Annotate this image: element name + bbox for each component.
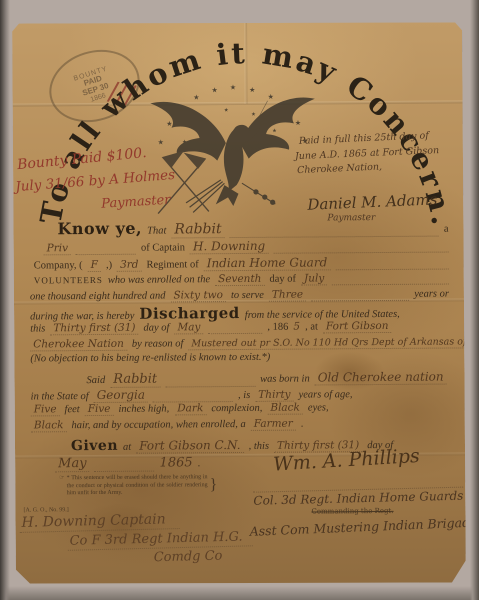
printed-text: ,) bbox=[106, 260, 112, 271]
blank-rule bbox=[208, 331, 262, 334]
age-field: Thirty bbox=[255, 389, 293, 402]
printed-text: in the State of bbox=[31, 391, 89, 402]
printed-text: by reason of bbox=[132, 338, 184, 349]
discharge-month-field: May bbox=[174, 321, 203, 334]
discharge-year-digit: 5 bbox=[293, 321, 300, 333]
printed-text: complexion, bbox=[211, 403, 262, 414]
form-line-2: Priv of Captain H. Downing bbox=[44, 238, 449, 256]
printed-text: hair, and by occupation, when enrolled, … bbox=[71, 419, 245, 431]
form-line-1: Know ye, That Rabbit a bbox=[57, 217, 448, 240]
fine-print-text: * This sentence will be erased should th… bbox=[67, 474, 208, 497]
form-line-12: Five feet Five inches high, Dark complex… bbox=[31, 401, 450, 417]
birthplace-field: Old Cherokee nation bbox=[315, 370, 447, 386]
printed-text: one thousand eight hundred and bbox=[30, 291, 166, 303]
discharge-place-field: Fort Gibson bbox=[323, 320, 392, 333]
form-line-13: Black hair, and by occupation, when enro… bbox=[31, 417, 450, 433]
printed-text: at bbox=[123, 442, 131, 453]
printed-text: a bbox=[444, 224, 449, 235]
printed-text: eyes, bbox=[308, 402, 329, 413]
printed-text: day of bbox=[269, 274, 296, 285]
form-line-9: (No objection to his being re-enlisted i… bbox=[30, 351, 449, 365]
printed-text: during the war, is hereby bbox=[30, 311, 134, 323]
given-year-field: 1865 bbox=[159, 455, 192, 470]
eagle-body-head bbox=[224, 125, 261, 192]
printed-text: , at bbox=[305, 321, 318, 332]
know-ye-label: Know ye, bbox=[57, 219, 142, 239]
given-label: Given bbox=[71, 438, 118, 454]
printed-text: , this bbox=[249, 441, 269, 452]
soldier-name-field: Rabbit bbox=[110, 372, 160, 388]
blank-rule bbox=[332, 282, 449, 286]
printed-text: Regiment of bbox=[146, 259, 198, 270]
form-line-8: Cherokee Nation by reason of Mustered ou… bbox=[30, 336, 449, 352]
printed-text: was born in bbox=[260, 374, 310, 385]
form-line-4: VOLUNTEERS who was enrolled on the Seven… bbox=[34, 272, 449, 288]
printed-text: . bbox=[301, 419, 304, 430]
hair-color-field: Black bbox=[31, 419, 67, 432]
printed-text: this bbox=[30, 323, 45, 334]
printed-text: Company, ( bbox=[34, 260, 83, 271]
given-place-field: Fort Gibson C.N. bbox=[136, 438, 244, 454]
printed-text: inches high, bbox=[118, 403, 169, 414]
colonel-title: Col. 3d Regt. Indian Home Guards bbox=[253, 487, 463, 508]
printed-text: Said bbox=[86, 375, 105, 386]
mustering-officer-title: Asst Com Mustering Indian Brigade bbox=[249, 514, 477, 539]
blank-rule bbox=[335, 267, 449, 271]
regiment-number-field: 3rd bbox=[117, 259, 142, 272]
fine-print-brace: } bbox=[210, 474, 218, 497]
pointing-hand-icon: ☞ bbox=[59, 475, 65, 498]
rank-field: Priv bbox=[44, 242, 71, 255]
company-letter-field: F bbox=[88, 259, 101, 272]
regiment-name-field: Indian Home Guard bbox=[204, 255, 331, 271]
nation-field: Cherokee Nation bbox=[30, 338, 127, 352]
olive-branch bbox=[242, 183, 275, 205]
printed-text: years or bbox=[414, 289, 449, 300]
printed-text: who was enrolled on the bbox=[108, 274, 210, 286]
eagle-left-wing bbox=[150, 101, 226, 161]
discharge-day-field: Thirty first (31) bbox=[50, 322, 138, 336]
complexion-field: Dark bbox=[174, 402, 206, 415]
form-line-7: this Thirty first (31) day of May , 186 … bbox=[30, 320, 449, 336]
state-field: Georgia bbox=[94, 388, 148, 403]
fine-print-note: ☞ * This sentence will be erased should … bbox=[59, 474, 217, 498]
countersignature-commanding: Comdg Co bbox=[154, 549, 223, 566]
no-objection-clause: (No objection to his being re-enlisted i… bbox=[30, 352, 270, 365]
photo-backdrop-edge bbox=[0, 586, 479, 600]
discharged-label: Discharged bbox=[139, 304, 239, 323]
printed-text: day of bbox=[143, 322, 169, 333]
eye-color-field: Black bbox=[267, 402, 303, 415]
volunteers-label: VOLUNTEERS bbox=[34, 275, 103, 285]
printed-text: years of age, bbox=[299, 389, 353, 400]
enroll-year-field: Sixty two bbox=[170, 289, 226, 302]
countersignature-unit: Co F 3rd Regt Indian H.G. bbox=[67, 529, 252, 551]
printed-text: That bbox=[147, 226, 166, 237]
printed-text: , 186 bbox=[267, 322, 288, 333]
struck-printed-title: Commanding the Regt. bbox=[311, 507, 393, 516]
height-feet-field: Five bbox=[31, 403, 60, 416]
enroll-month-field: July bbox=[301, 272, 327, 285]
blank-rule bbox=[76, 252, 136, 255]
height-inches-field: Five bbox=[85, 403, 114, 416]
occupation-field: Farmer bbox=[251, 418, 296, 431]
captain-name-field: H. Downing bbox=[190, 239, 268, 255]
printed-text: . bbox=[198, 458, 201, 469]
blank-rule bbox=[95, 469, 155, 472]
form-line-3: Company, ( F ,) 3rd Regiment of Indian H… bbox=[34, 255, 449, 273]
discharge-certificate: BOUNTY PAID SEP 30 1866 ∕∕∕ To all whom … bbox=[12, 20, 466, 585]
ago-number: [A. G. O., No. 99.] bbox=[23, 507, 68, 513]
printed-text: of Captain bbox=[141, 242, 185, 253]
term-field: Three bbox=[269, 289, 306, 302]
printed-text: feet bbox=[64, 404, 79, 415]
given-month-field: May bbox=[55, 456, 90, 472]
printed-text: , is bbox=[238, 390, 250, 401]
printed-text: to serve bbox=[231, 290, 264, 301]
form-line-15: May 1865 . bbox=[55, 455, 225, 472]
enroll-day-field: Seventh bbox=[215, 273, 264, 286]
discharge-reason-field: Mustered out pr S.O. No 110 Hd Qrs Dept … bbox=[188, 336, 479, 350]
soldier-name-field: Rabbit bbox=[171, 221, 224, 238]
